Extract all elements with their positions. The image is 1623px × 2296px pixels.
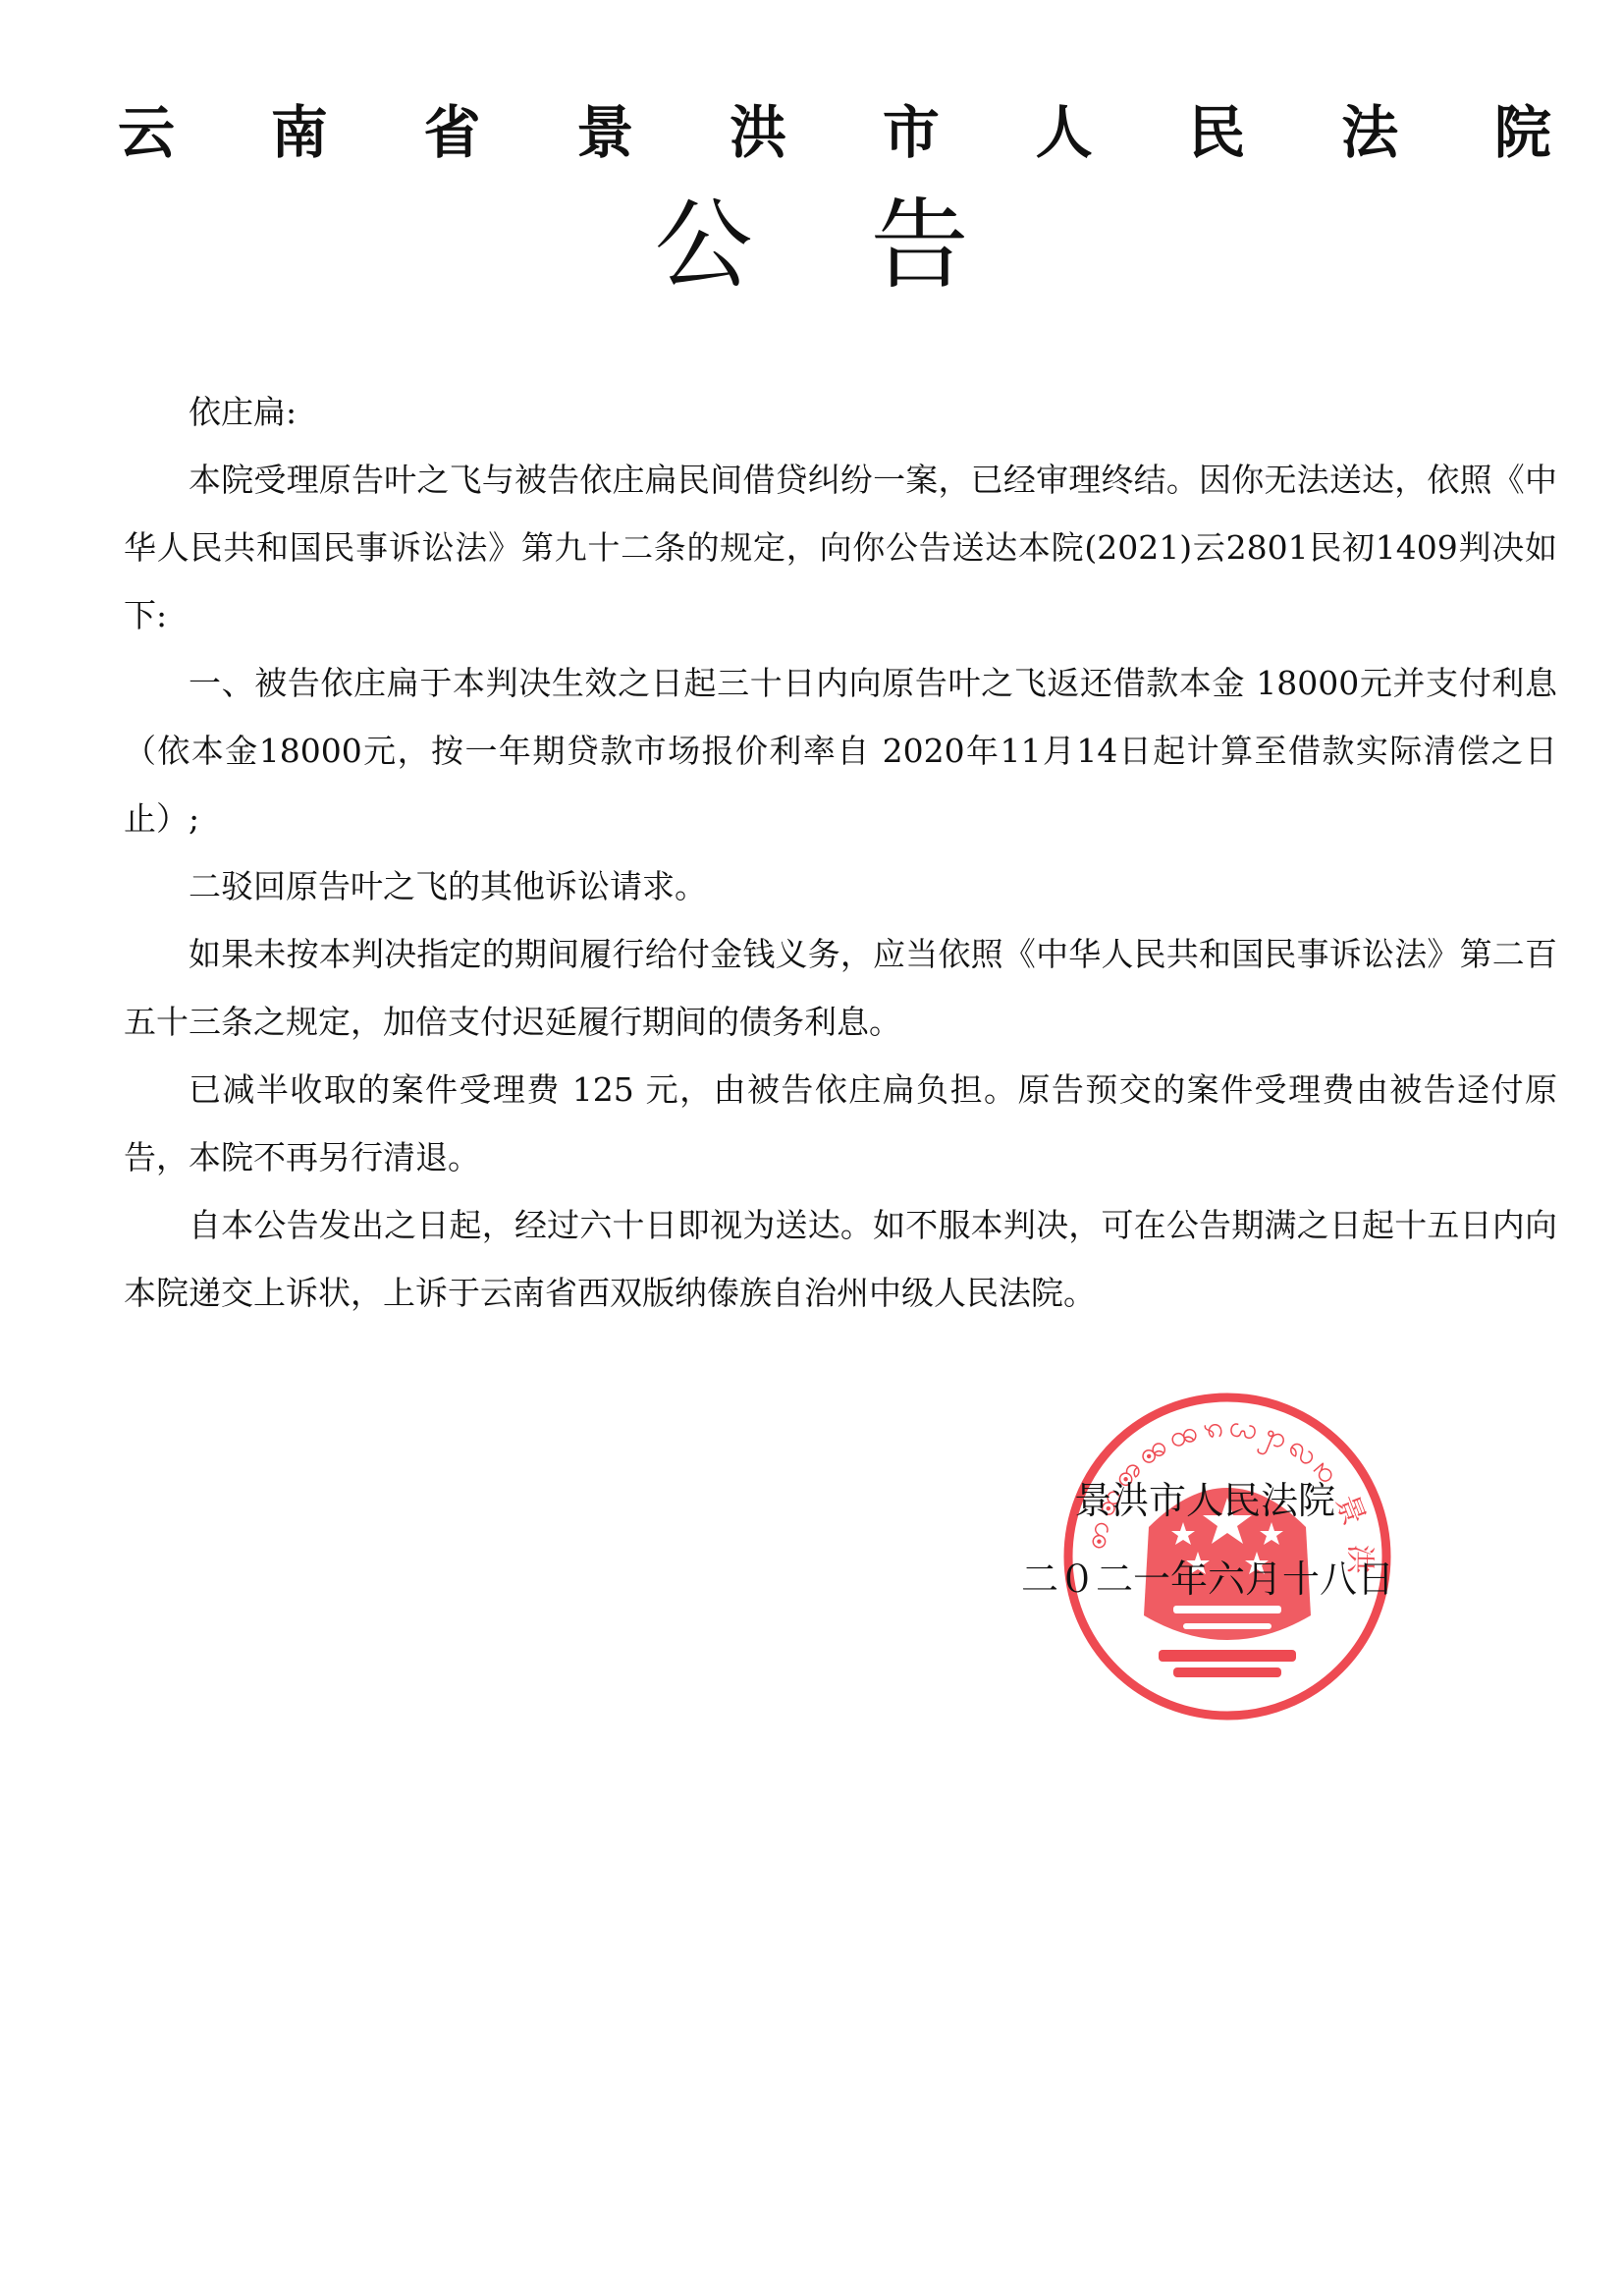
paragraph-intro: 本院受理原告叶之飞与被告依庄扁民间借贷纠纷一案，已经审理终结。因你无法送达，依照… [124, 446, 1557, 649]
paragraph-judgment-2: 二驳回原告叶之飞的其他诉讼请求。 [124, 852, 1557, 920]
court-name-char: 院 [1494, 98, 1551, 167]
paragraph-appeal: 自本公告发出之日起，经过六十日即视为送达。如不服本判决，可在公告期满之日起十五日… [124, 1191, 1557, 1327]
court-name-char: 洪 [730, 98, 786, 167]
court-name-char: 民 [1188, 98, 1245, 167]
court-name-char: 市 [883, 98, 940, 167]
paragraph-late-interest: 如果未按本判决指定的期间履行给付金钱义务，应当依照《中华人民共和国民事诉讼法》第… [124, 920, 1557, 1056]
court-name-char: 云 [118, 98, 175, 167]
court-name-char: 景 [576, 98, 633, 167]
court-name-char: 人 [1036, 98, 1093, 167]
paragraph-judgment-1: 一、被告依庄扁于本判决生效之日起三十日内向原告叶之飞返还借款本金 18000元并… [124, 649, 1557, 852]
addressee: 依庄扁: [124, 378, 1557, 446]
document-type-title: 公告 [0, 187, 1623, 304]
signing-date: 二０二一年六月十八日 [982, 1540, 1394, 1618]
court-name-heading: 云 南 省 景 洪 市 人 民 法 院 [118, 98, 1551, 167]
paragraph-fees: 已减半收取的案件受理费 125 元，由被告依庄扁负担。原告预交的案件受理费由被告… [124, 1056, 1557, 1191]
court-name-char: 南 [271, 98, 328, 167]
signing-court: 景洪市人民法院 [982, 1461, 1394, 1540]
signature-block: 景洪市人民法院 二０二一年六月十八日 [982, 1461, 1394, 1618]
court-name-char: 法 [1341, 98, 1398, 167]
court-name-char: 省 [424, 98, 481, 167]
notice-body: 依庄扁: 本院受理原告叶之飞与被告依庄扁民间借贷纠纷一案，已经审理终结。因你无法… [124, 378, 1557, 1327]
